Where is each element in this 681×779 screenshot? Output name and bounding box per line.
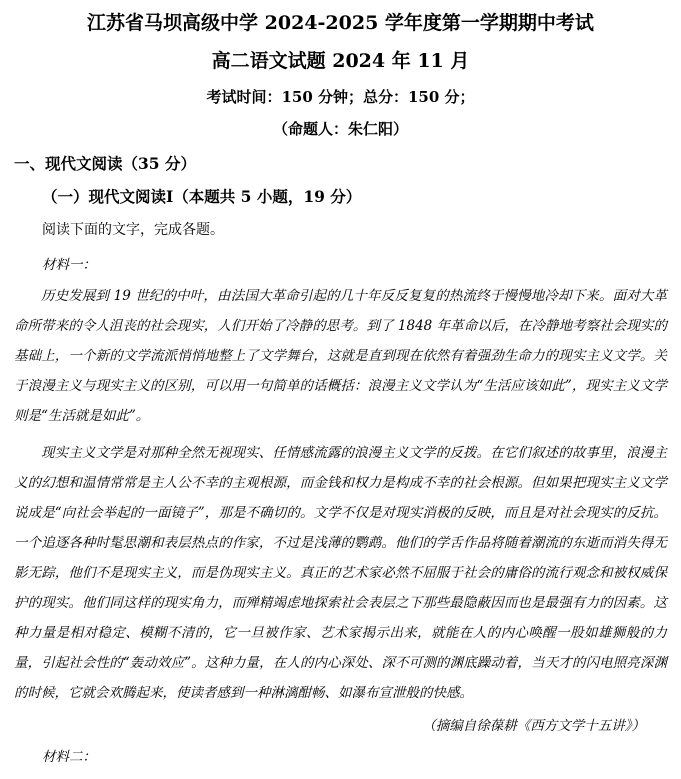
reading-instruction: 阅读下面的文字，完成各题。	[42, 221, 667, 240]
exam-time-and-score: 考试时间：150 分钟；总分：150 分；	[14, 87, 667, 107]
material-one-paragraph-1: 历史发展到 19 世纪的中叶，由法国大革命引起的几十年反反复复的热流终于慢慢地冷…	[14, 281, 667, 431]
exam-paper-page: 江苏省马坝高级中学 2024-2025 学年度第一学期期中考试 高二语文试题 2…	[0, 0, 681, 779]
material-two-label: 材料二：	[42, 748, 667, 766]
section-heading-modern-reading: 一、现代文阅读（35 分）	[14, 153, 667, 174]
exam-proposer: （命题人：朱仁阳）	[14, 119, 667, 139]
exam-title-line2: 高二语文试题 2024 年 11 月	[14, 48, 667, 74]
material-one-attribution: （摘编自徐葆耕《西方文学十五讲》）	[14, 717, 645, 735]
exam-title-line1: 江苏省马坝高级中学 2024-2025 学年度第一学期期中考试	[14, 10, 667, 36]
material-one-paragraph-2: 现实主义文学是对那种全然无视现实、任情感流露的浪漫主义文学的反拨。在它们叙述的故…	[14, 438, 667, 708]
material-one-label: 材料一：	[42, 256, 667, 274]
subsection-heading-reading-one: （一）现代文阅读Ⅰ（本题共 5 小题，19 分）	[42, 186, 667, 207]
